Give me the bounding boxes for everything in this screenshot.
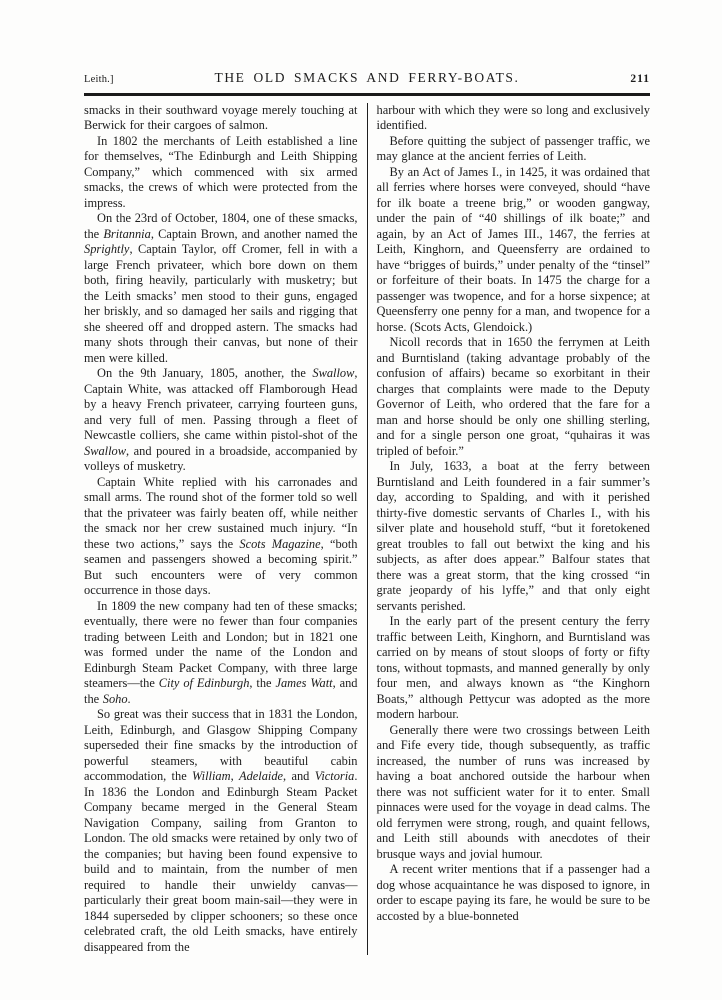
text-run: . (128, 692, 131, 706)
text-run: , and (283, 769, 315, 783)
text-run: , and poured in a broadside, accompanied… (84, 444, 358, 474)
italic-text-run: Britannia (103, 227, 151, 241)
column-left: smacks in their southward voyage merely … (84, 103, 368, 956)
text-run: , Captain Taylor, off Cromer, fell in wi… (84, 242, 358, 365)
text-run: Generally there were two crossings betwe… (377, 723, 651, 861)
text-run: A recent writer mentions that if a passe… (377, 862, 651, 923)
column-right: harbour with which they were so long and… (368, 103, 651, 956)
text-run: By an Act of James I., in 1425, it was o… (377, 165, 651, 334)
paragraph: In 1802 the merchants of Leith establish… (84, 134, 358, 212)
text-run: , Captain Brown, and another named the (151, 227, 358, 241)
italic-text-run: James Watt (275, 676, 332, 690)
text-columns: smacks in their southward voyage merely … (84, 103, 650, 956)
paragraph: Generally there were two crossings betwe… (377, 723, 651, 863)
text-run: . In 1836 the London and Edinburgh Steam… (84, 769, 358, 954)
italic-text-run: Victoria (315, 769, 355, 783)
paragraph: On the 9th January, 1805, another, the S… (84, 366, 358, 475)
italic-text-run: City of Edinburgh (159, 676, 250, 690)
header-rule (84, 93, 650, 96)
paragraph: Nicoll records that in 1650 the ferrymen… (377, 335, 651, 459)
text-run: smacks in their southward voyage merely … (84, 103, 358, 133)
paragraph: In July, 1633, a boat at the ferry betwe… (377, 459, 651, 614)
text-run: , the (249, 676, 275, 690)
italic-text-run: Swallow (84, 444, 126, 458)
italic-text-run: Sprightly (84, 242, 129, 256)
paragraph: In 1809 the new company had ten of these… (84, 599, 358, 708)
paragraph: harbour with which they were so long and… (377, 103, 651, 134)
paragraph: So great was their success that in 1831 … (84, 707, 358, 955)
paragraph: smacks in their southward voyage merely … (84, 103, 358, 134)
italic-text-run: Soho (103, 692, 128, 706)
paragraph: A recent writer mentions that if a passe… (377, 862, 651, 924)
text-run: In the early part of the present century… (377, 614, 651, 721)
page-header: Leith.] THE OLD SMACKS AND FERRY-BOATS. … (84, 70, 650, 86)
text-run: In 1802 the merchants of Leith establish… (84, 134, 358, 210)
paragraph: Before quitting the subject of passenger… (377, 134, 651, 165)
paragraph: In the early part of the present century… (377, 614, 651, 723)
text-run: In July, 1633, a boat at the ferry betwe… (377, 459, 651, 613)
page-number: 211 (540, 73, 650, 85)
text-run: Nicoll records that in 1650 the ferrymen… (377, 335, 651, 458)
text-run: Before quitting the subject of passenger… (377, 134, 651, 164)
paragraph: By an Act of James I., in 1425, it was o… (377, 165, 651, 336)
text-run: , (231, 769, 239, 783)
text-run: On the 9th January, 1805, another, the (97, 366, 312, 380)
running-head-marginal: Leith.] (84, 74, 194, 85)
text-run: harbour with which they were so long and… (377, 103, 651, 133)
italic-text-run: Scots Magazine (239, 537, 320, 551)
book-page: Leith.] THE OLD SMACKS AND FERRY-BOATS. … (0, 0, 722, 1000)
paragraph: On the 23rd of October, 1804, one of the… (84, 211, 358, 366)
italic-text-run: Adelaide (239, 769, 283, 783)
paragraph: Captain White replied with his carronade… (84, 475, 358, 599)
italic-text-run: Swallow (312, 366, 354, 380)
italic-text-run: William (192, 769, 231, 783)
running-head-title: THE OLD SMACKS AND FERRY-BOATS. (194, 70, 540, 86)
